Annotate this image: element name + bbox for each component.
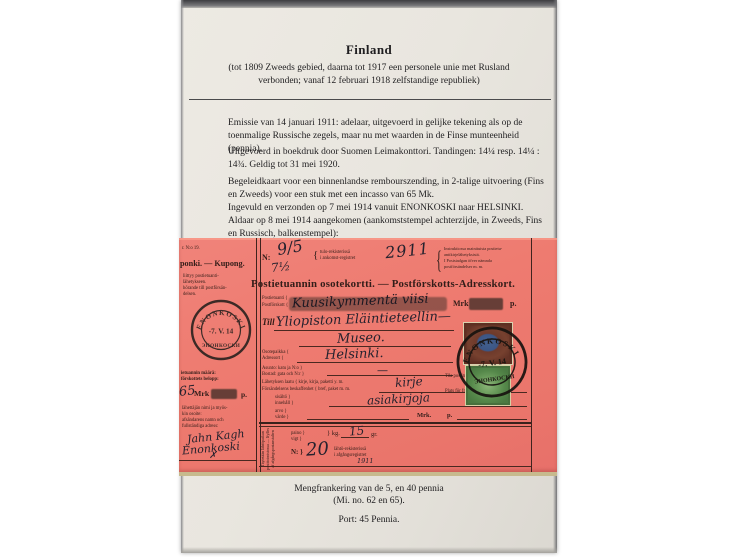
gr-label: gr. <box>371 431 378 438</box>
rotated-office-note: Täytetään lähtöpaikan postitoimistossa —… <box>261 428 275 470</box>
album-page: Finland (tot 1809 Zweeds gebied, daarna … <box>181 0 557 553</box>
postmark-cyrillic: ЭНОНКОСКИ <box>202 343 241 349</box>
to-label: Till <box>262 317 275 327</box>
amount-label-fi: Postietuanti { <box>262 296 288 302</box>
paragraph-route: Ingevuld en verzonden op 7 mei 1914 vanu… <box>228 202 546 242</box>
coupon-ink-blot <box>211 389 237 399</box>
coupon-amount-label-sv: förskottets belopp: <box>181 377 219 383</box>
coupon-form-number: r. N:o 19. <box>182 246 200 252</box>
enonkoski-postmark: ENONKOSKI -7. V. 14 ЭНОНКОСКИ <box>189 298 253 362</box>
paragraph-printing: Uitgevoerd in boekdruk door Suomen Leima… <box>228 146 546 172</box>
form-thick-divider <box>259 422 531 424</box>
card-title: Postietuannin osotekortti. — Postförskot… <box>251 278 513 290</box>
register-note-sv: i ankomst-registret <box>320 256 355 262</box>
amount-ink-blot <box>469 298 503 310</box>
amount-label-sv: Postförskott { <box>262 303 288 309</box>
coupon-sender-note-4: fullständiga adress: <box>182 424 218 430</box>
kind-label-fi: Lähetyksen laatu { kirje, kirja, paketti… <box>262 380 343 386</box>
caption-michel-numbers: (Mi. no. 62 en 65). <box>181 496 557 506</box>
signature-flourish: ✗ <box>209 451 217 461</box>
coupon-p-label: p. <box>241 390 247 399</box>
value-p-label: p. <box>447 412 452 419</box>
stamp-cancel-postmark: ENONKOSKI -7. V. 14 ЭНОНКОСКИ <box>454 324 530 400</box>
place-label-sv: Adressort { <box>262 356 284 362</box>
weight-line <box>341 437 369 438</box>
instruction-brace: { <box>436 245 442 277</box>
coupon-mrk-label: Mrk <box>194 389 209 398</box>
photo-edge-top <box>181 0 557 8</box>
amount-p-label: p. <box>510 299 516 308</box>
address-line-3: Helsinki. <box>325 346 384 363</box>
value-label-sv: värde } <box>275 415 289 421</box>
coupon-heading: ponki. — Kupong. <box>180 259 245 268</box>
address-line-1: Yliopiston Eläintieteellin— <box>276 309 451 330</box>
street-line <box>327 375 453 376</box>
page-title: Finland <box>181 42 557 58</box>
regno-value: 20 <box>305 438 329 461</box>
address-card: r. N:o 19. ponki. — Kupong. liittyy post… <box>179 238 557 476</box>
regno-label: N: } <box>291 448 303 456</box>
kind-label-sv: Försändelsens beskaffenhet { bref, paket… <box>262 387 350 393</box>
exhibit-page-photo: Finland (tot 1809 Zweeds gebied, daarna … <box>0 0 740 557</box>
cancel-cyrillic: ЭНОНКОСКИ <box>474 374 515 386</box>
paragraph-usage: Begeleidkaart voor een binnenlandse remb… <box>228 176 546 202</box>
address-line-2: Museo. <box>337 330 385 347</box>
value-line <box>307 419 409 420</box>
value-mrk-label: Mrk. <box>417 412 431 419</box>
kg-label: } kg. <box>327 430 340 437</box>
photo-edge-bottom <box>181 547 557 553</box>
weight-label-sv: vigt } <box>291 437 302 443</box>
caption-rate: Port: 45 Pennia. <box>181 515 557 525</box>
register-brace: { <box>313 249 318 261</box>
right-column-divider <box>531 238 532 472</box>
caption-franking: Mengfrankering van de 5, en 40 pennia <box>181 484 557 494</box>
value-line-2 <box>457 419 527 420</box>
subtitle-line-2: verbonden; vanaf 12 februari 1918 zelfst… <box>181 76 557 86</box>
handwritten-register-number: 9/5 <box>276 238 305 259</box>
content-label-sv: innehåll } <box>275 401 294 407</box>
coupon-bottom-line <box>179 460 256 461</box>
instruction-line-4: postförsändelser m. m. <box>444 264 483 270</box>
main-no-label: N: <box>262 253 270 262</box>
depart-year: 1911 <box>357 457 374 465</box>
kind-value: kirje <box>395 374 424 390</box>
street-label-sv: Bostad: gata och N:r } <box>262 372 304 378</box>
form-bottom-line <box>259 466 531 467</box>
cancel-date: -7. V. 14 <box>478 357 507 370</box>
amount-mrk-label: Mrk <box>453 299 469 308</box>
address-card-face: r. N:o 19. ponki. — Kupong. liittyy post… <box>179 238 557 472</box>
subtitle-line-1: (tot 1809 Zweeds gebied, daarna tot 1917… <box>181 63 557 73</box>
form-thin-divider <box>259 426 531 427</box>
handwritten-register-number-2: 7½ <box>270 259 291 275</box>
heading-divider <box>189 99 551 100</box>
postmark-date: -7. V. 14 <box>209 328 234 336</box>
address-underline-3 <box>297 362 453 363</box>
handwritten-card-number: 2911 <box>384 239 430 263</box>
